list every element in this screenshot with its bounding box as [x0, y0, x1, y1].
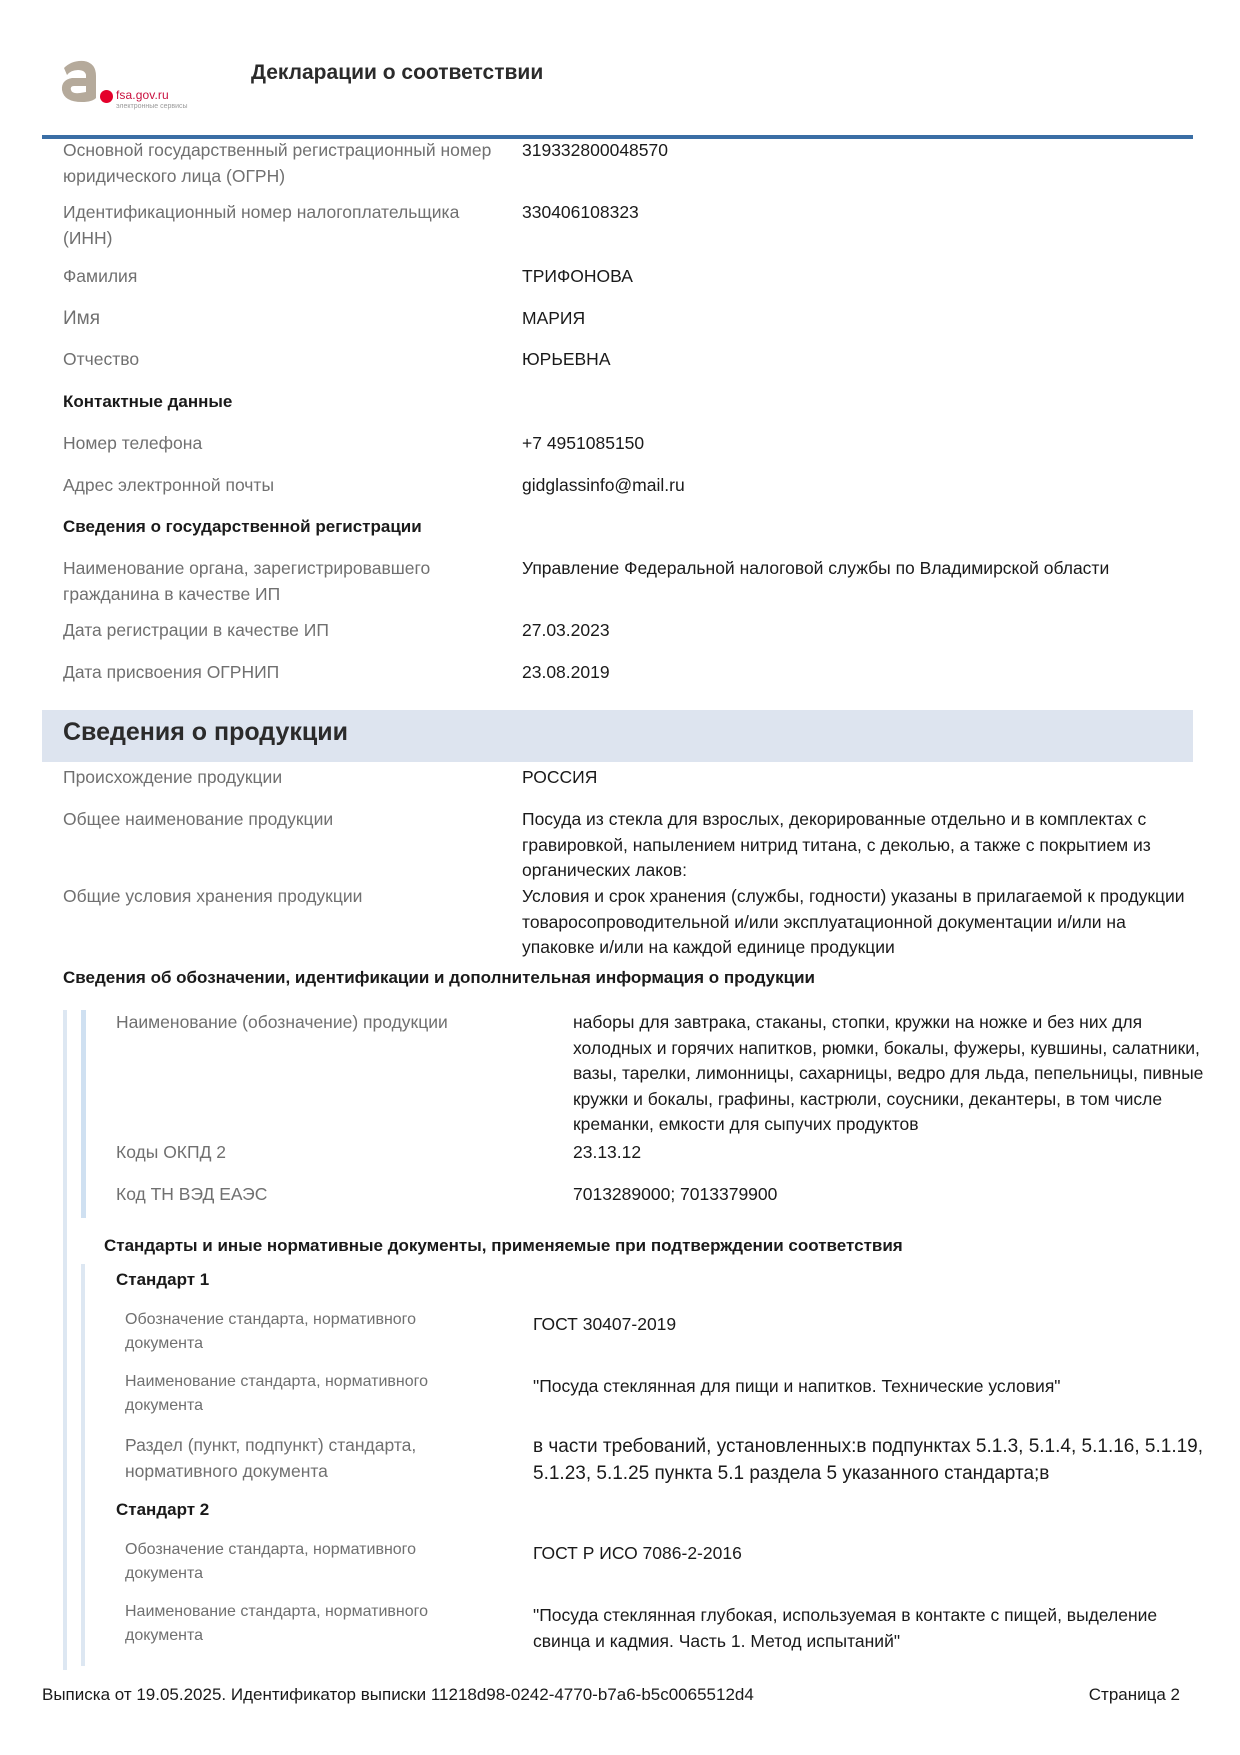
logo-site: fsa.gov.ru [116, 88, 169, 102]
ip-registration-date-value: 27.03.2023 [522, 618, 610, 644]
standard-1-name-label: Наименование стандарта, нормативного док… [125, 1370, 485, 1417]
standard-2-name-value: "Посуда стеклянная глубокая, используема… [533, 1603, 1193, 1654]
contacts-heading: Контактные данные [63, 392, 232, 412]
ip-registration-date-label: Дата регистрации в качестве ИП [63, 618, 329, 644]
product-designation-value: наборы для завтрака, стаканы, стопки, кр… [573, 1010, 1208, 1138]
name-value: МАРИЯ [522, 306, 585, 332]
ogrn-label: Основной государственный регистрационный… [63, 138, 513, 189]
tnved-label: Код ТН ВЭД ЕАЭС [116, 1182, 267, 1208]
standards-indent-bar [81, 1264, 85, 1666]
document-title: Декларации о соответствии [251, 61, 543, 85]
fsa-logo: fsa.gov.ru электронные сервисы [58, 58, 218, 110]
registration-heading: Сведения о государственной регистрации [63, 517, 422, 537]
storage-label: Общие условия хранения продукции [63, 884, 362, 910]
tnved-value: 7013289000; 7013379900 [573, 1182, 777, 1208]
page-number: Страница 2 [1089, 1685, 1180, 1705]
okpd2-value: 23.13.12 [573, 1140, 641, 1166]
fsa-logo-icon [58, 58, 102, 104]
okpd2-label: Коды ОКПД 2 [116, 1140, 226, 1166]
extract-info: Выписка от 19.05.2025. Идентификатор вып… [42, 1685, 754, 1705]
standard-1-section-value: в части требований, установленных:в подп… [533, 1433, 1213, 1487]
identification-heading: Сведения об обозначении, идентификации и… [63, 968, 815, 988]
product-designation-label: Наименование (обозначение) продукции [116, 1010, 448, 1036]
standard-2-designation-value: ГОСТ Р ИСО 7086-2-2016 [533, 1541, 742, 1567]
identification-indent-bar [81, 1010, 86, 1218]
logo-dot-icon [100, 90, 113, 103]
ogrnip-date-value: 23.08.2019 [522, 660, 610, 686]
standard-1-name-value: "Посуда стеклянная для пищи и напитков. … [533, 1374, 1193, 1400]
product-section-title: Сведения о продукции [63, 718, 348, 747]
ogrn-value: 319332800048570 [522, 138, 668, 164]
standard-1-section-label: Раздел (пункт, подпункт) стандарта, норм… [125, 1433, 485, 1484]
inn-label: Идентификационный номер налогоплательщик… [63, 200, 513, 251]
standard-2-designation-label: Обозначение стандарта, нормативного доку… [125, 1538, 485, 1585]
email-label: Адрес электронной почты [63, 473, 274, 499]
general-name-label: Общее наименование продукции [63, 807, 333, 833]
phone-value: +7 4951085150 [522, 431, 644, 457]
ogrnip-date-label: Дата присвоения ОГРНИП [63, 660, 279, 686]
storage-value: Условия и срок хранения (службы, годност… [522, 884, 1202, 961]
inn-value: 330406108323 [522, 200, 639, 226]
outer-indent-bar [63, 1010, 67, 1670]
standard-2-title: Стандарт 2 [116, 1500, 209, 1520]
patronymic-label: Отчество [63, 347, 139, 373]
patronymic-value: ЮРЬЕВНА [522, 347, 611, 373]
standards-heading: Стандарты и иные нормативные документы, … [104, 1236, 903, 1256]
registering-authority-label: Наименование органа, зарегистрировавшего… [63, 556, 483, 607]
origin-label: Происхождение продукции [63, 765, 282, 791]
surname-label: Фамилия [63, 264, 137, 290]
email-value: gidglassinfo@mail.ru [522, 473, 685, 499]
name-label: Имя [63, 306, 100, 332]
standard-1-designation-value: ГОСТ 30407-2019 [533, 1312, 676, 1338]
standard-1-title: Стандарт 1 [116, 1270, 209, 1290]
phone-label: Номер телефона [63, 431, 202, 457]
standard-2-name-label: Наименование стандарта, нормативного док… [125, 1600, 485, 1647]
standard-1-designation-label: Обозначение стандарта, нормативного доку… [125, 1308, 485, 1355]
general-name-value: Посуда из стекла для взрослых, декориров… [522, 807, 1202, 884]
registering-authority-value: Управление Федеральной налоговой службы … [522, 556, 1192, 582]
surname-value: ТРИФОНОВА [522, 264, 633, 290]
logo-subtitle: электронные сервисы [116, 103, 188, 110]
origin-value: РОССИЯ [522, 765, 597, 791]
